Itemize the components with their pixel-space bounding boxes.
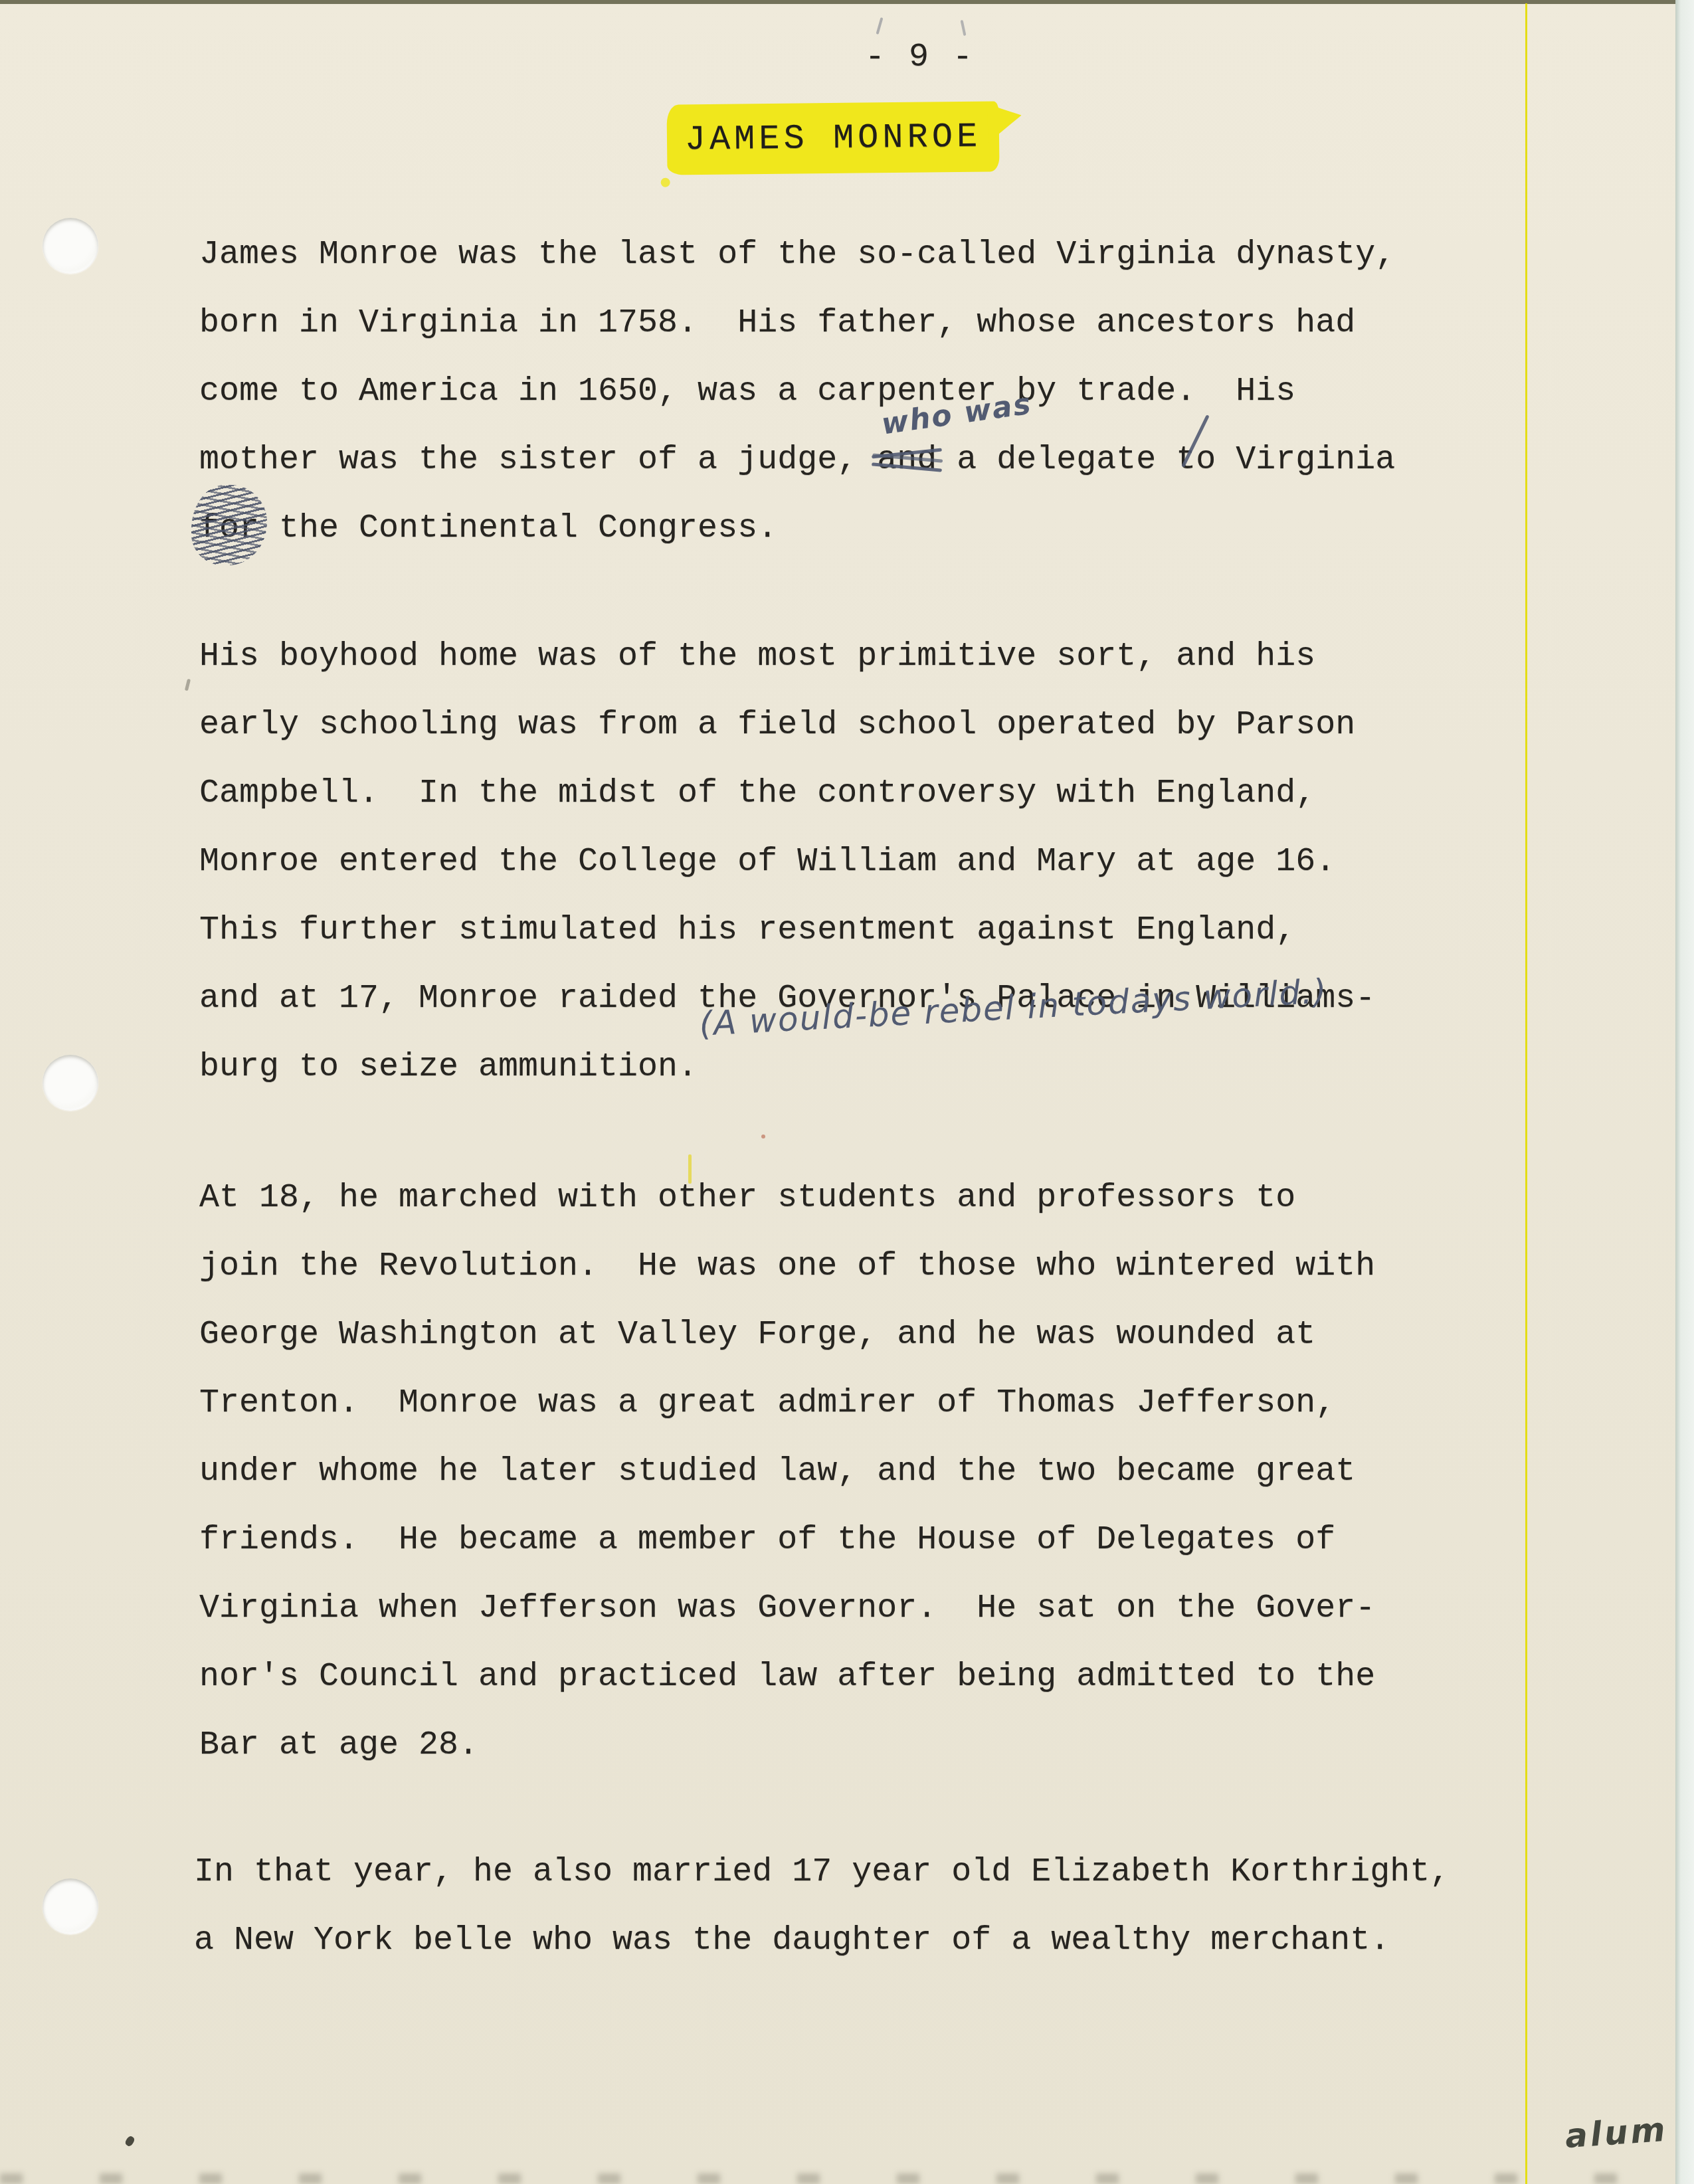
text-line: burg to seize ammunition. — [199, 1033, 1375, 1101]
text-line: come to America in 1650, was a carpenter… — [199, 357, 1395, 426]
yellow-margin-line — [1525, 3, 1527, 2184]
page-title: JAMES MONROE — [666, 101, 999, 175]
scan-smudge-bottom — [0, 2173, 1694, 2184]
paragraph: James Monroe was the last of the so-call… — [199, 221, 1395, 563]
text-segment: the Continental Congress. — [259, 509, 777, 547]
text-line: James Monroe was the last of the so-call… — [199, 221, 1395, 289]
paragraph: At 18, he marched with other students an… — [199, 1164, 1375, 1779]
ink-speck — [761, 1135, 765, 1138]
text-segment: Virginia — [1216, 441, 1395, 479]
text-line: Trenton. Monroe was a great admirer of T… — [199, 1369, 1375, 1437]
struck-word: to — [1176, 426, 1216, 494]
hole-punch — [43, 1878, 98, 1934]
struck-word: for — [199, 494, 259, 563]
text-line: join the Revolution. He was one of those… — [199, 1232, 1375, 1301]
text-line: This further stimulated his resentment a… — [199, 896, 1375, 964]
text-line: nor's Council and practiced law after be… — [199, 1643, 1375, 1711]
text-line: mother was the sister of a judge, and a … — [199, 426, 1395, 494]
scanned-document-page: - 9 - JAMES MONROE James Monroe was the … — [0, 0, 1694, 2184]
text-line: Virginia when Jefferson was Governor. He… — [199, 1574, 1375, 1643]
text-line: friends. He became a member of the House… — [199, 1506, 1375, 1574]
text-line: Monroe entered the College of William an… — [199, 828, 1375, 896]
paragraph: In that year, he also married 17 year ol… — [194, 1838, 1450, 1975]
text-segment: a delegate — [937, 441, 1176, 479]
hole-punch — [43, 1055, 98, 1111]
pen-mark — [961, 20, 967, 36]
ink-speck — [124, 2135, 136, 2147]
scan-edge-top — [0, 0, 1694, 4]
text-segment: mother was the sister of a judge, — [199, 441, 877, 479]
text-line: under whome he later studied law, and th… — [199, 1437, 1375, 1506]
text-line: Campbell. In the midst of the controvers… — [199, 759, 1375, 828]
text-line: In that year, he also married 17 year ol… — [194, 1838, 1450, 1906]
text-line: a New York belle who was the daughter of… — [194, 1906, 1450, 1975]
pen-mark — [876, 17, 883, 35]
text-line: Bar at age 28. — [199, 1711, 1375, 1779]
page-number: - 9 - — [865, 39, 975, 76]
handwritten-corner-mark: alum — [1564, 2110, 1669, 2156]
title-highlight: JAMES MONROE — [666, 101, 999, 175]
pen-mark — [185, 679, 191, 691]
text-line: His boyhood home was of the most primiti… — [199, 622, 1375, 691]
text-line: At 18, he marched with other students an… — [199, 1164, 1375, 1232]
hole-punch — [43, 218, 98, 274]
text-line: early schooling was from a field school … — [199, 691, 1375, 759]
scan-edge-right — [1675, 0, 1694, 2184]
text-line: for the Continental Congress. — [199, 494, 1395, 563]
text-line: George Washington at Valley Forge, and h… — [199, 1301, 1375, 1369]
text-line: born in Virginia in 1758. His father, wh… — [199, 289, 1395, 357]
